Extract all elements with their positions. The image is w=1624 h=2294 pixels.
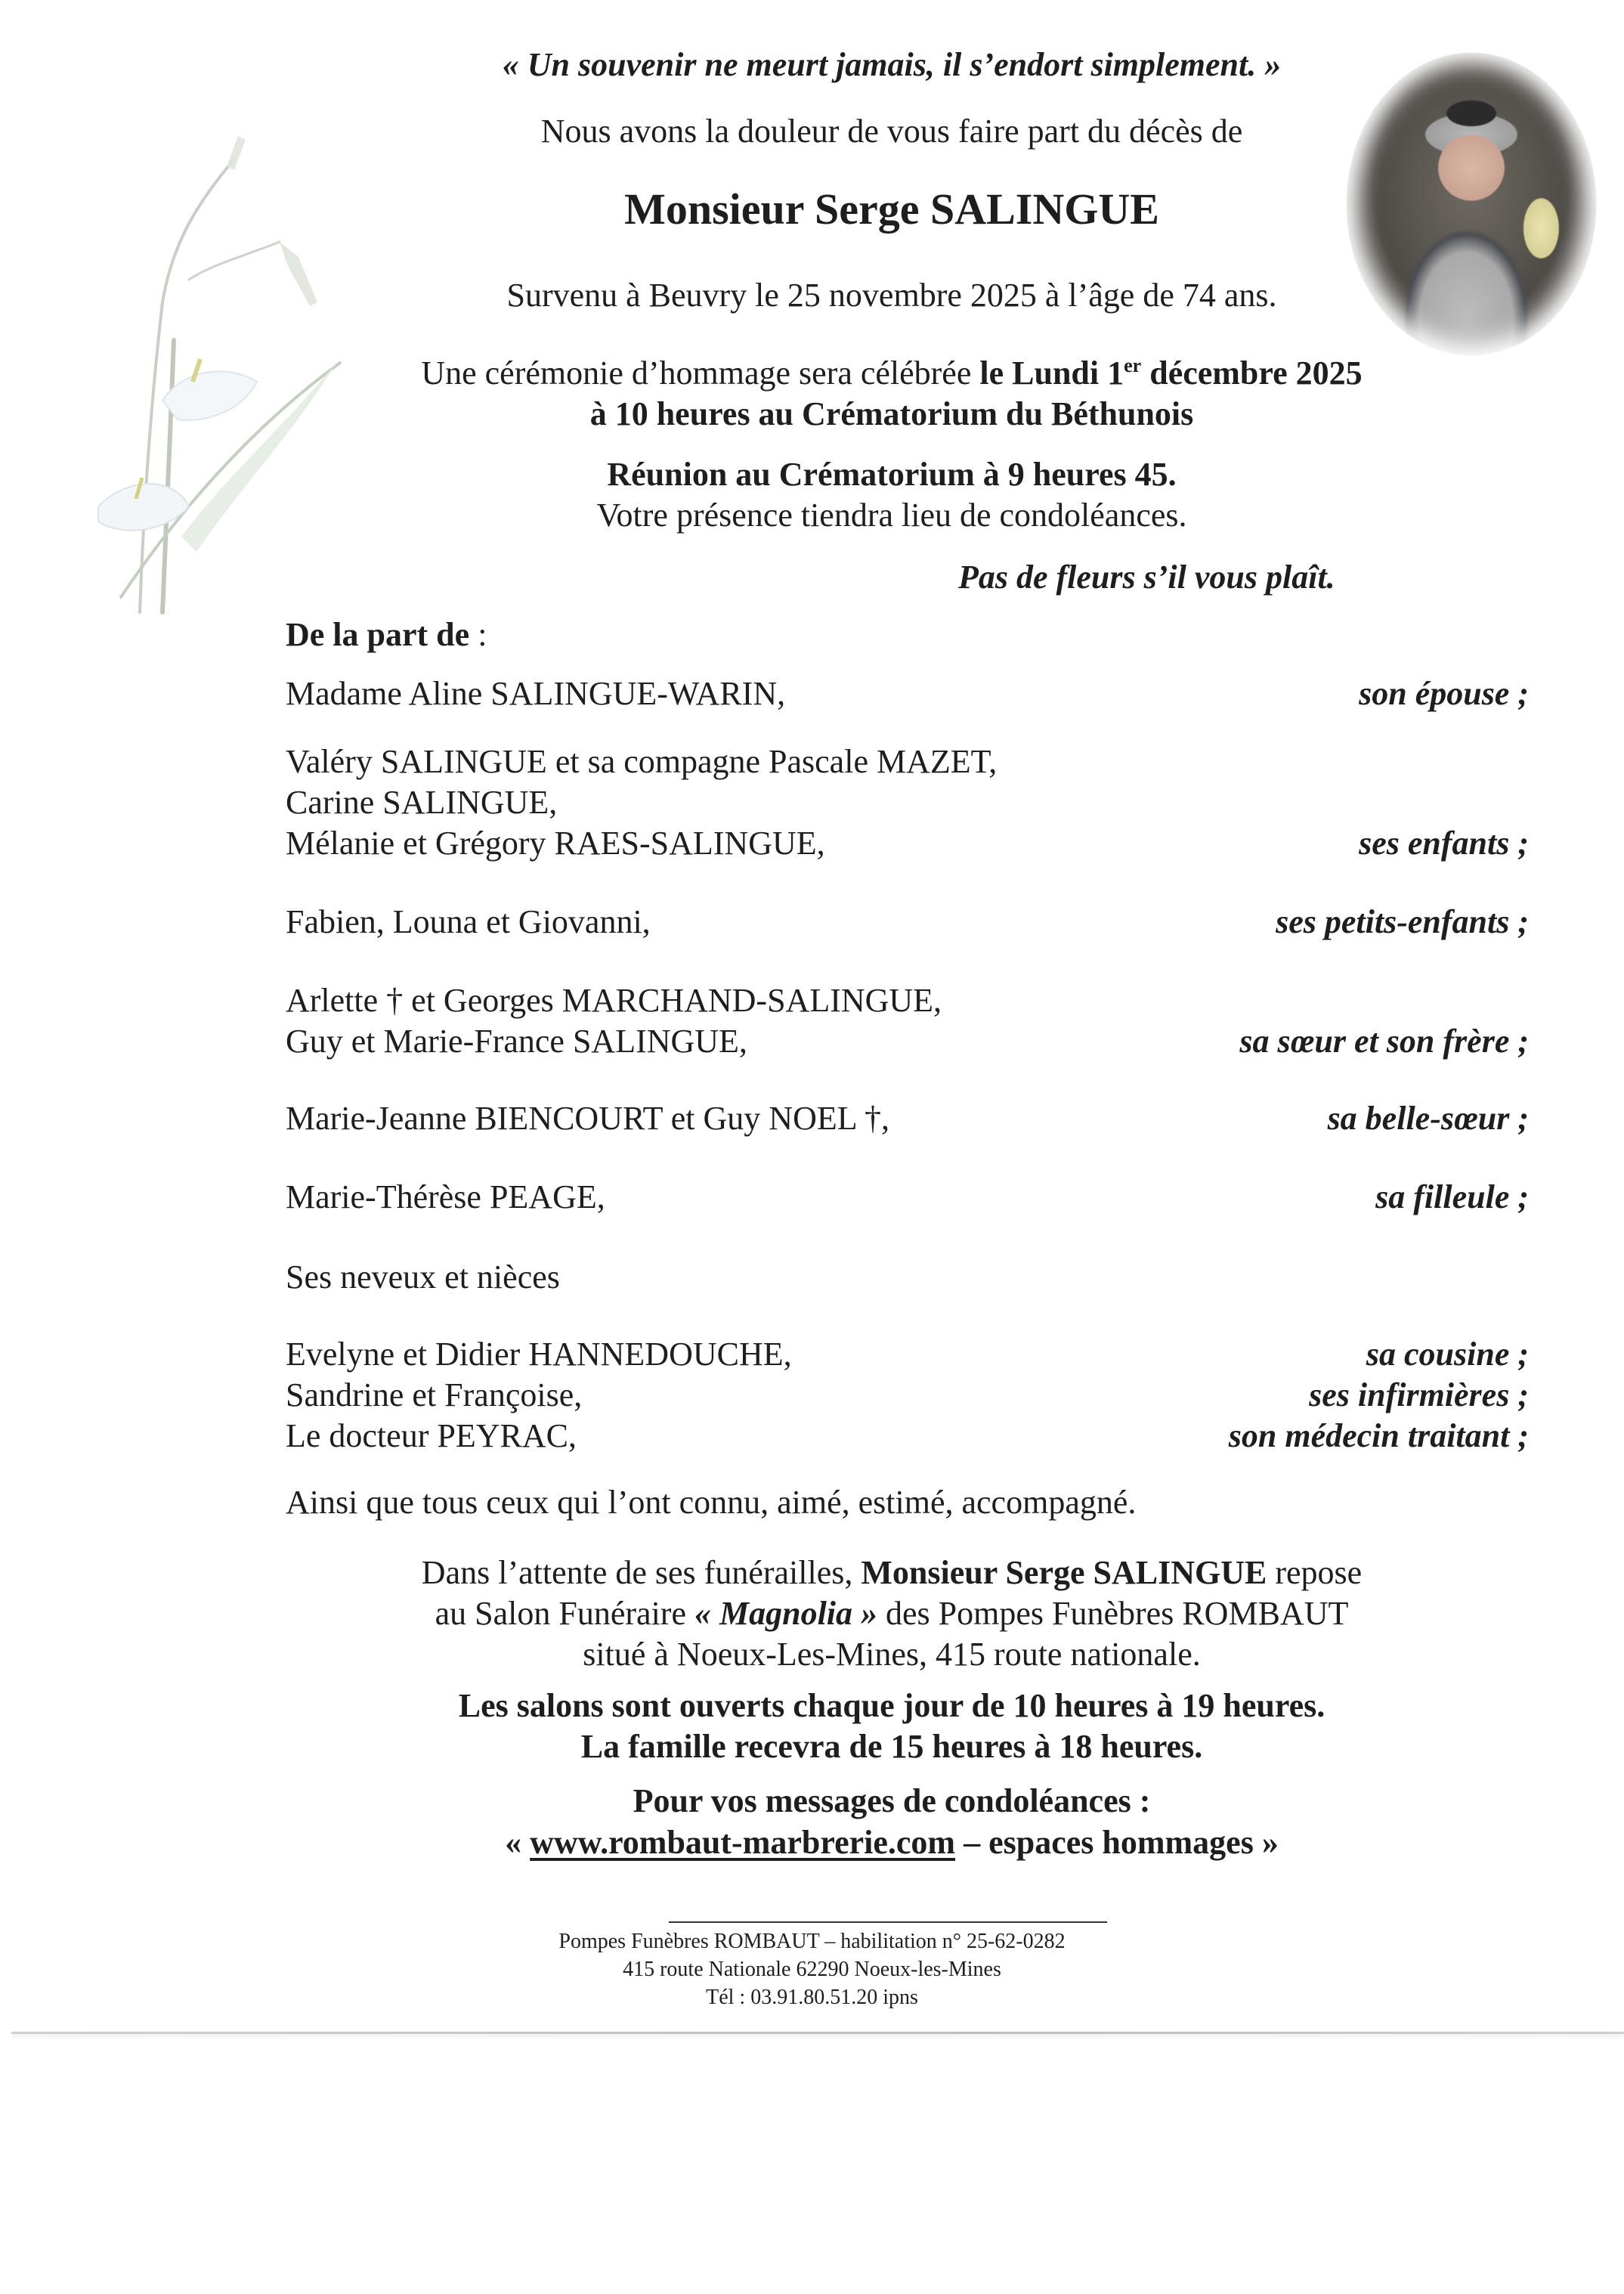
family-relation: ses petits-enfants ; (1276, 901, 1529, 943)
family-label-text: De la part de (286, 616, 469, 653)
ceremony-line-2: à 10 heures au Crématorium du Béthunois (378, 393, 1406, 435)
condolences-website-link[interactable]: www.rombaut-marbrerie.com (530, 1824, 955, 1861)
funeral-home-text: des Pompes Funèbres ROMBAUT (877, 1595, 1348, 1632)
family-row: Carine SALINGUE, (286, 782, 1529, 824)
funeral-home-line-2: au Salon Funéraire « Magnolia » des Pomp… (378, 1593, 1406, 1635)
deceased-name: Monsieur Serge SALINGUE (378, 183, 1406, 236)
death-info: Survenu à Beuvry le 25 novembre 2025 à l… (378, 274, 1406, 317)
family-row: Marie-Jeanne BIENCOURT et Guy NOEL †,sa … (286, 1097, 1529, 1140)
family-member-name: Guy et Marie-France SALINGUE, (286, 1020, 747, 1063)
family-row: Evelyne et Didier HANNEDOUCHE,sa cousine… (286, 1333, 1529, 1376)
family-row: Arlette † et Georges MARCHAND-SALINGUE, (286, 980, 1529, 1022)
family-member-name: Ses neveux et nièces (286, 1256, 560, 1299)
footer-phone: Tél : 03.91.80.51.20 ipns (0, 1985, 1624, 2011)
funeral-home-text: repose (1267, 1554, 1362, 1591)
salon-hours: Les salons sont ouverts chaque jour de 1… (378, 1685, 1406, 1727)
salon-name: « Magnolia » (694, 1595, 877, 1632)
ceremony-text: Une cérémonie d’hommage sera célébrée (421, 354, 979, 392)
family-hours: La famille recevra de 15 heures à 18 heu… (378, 1726, 1406, 1768)
family-row: Fabien, Louna et Giovanni,ses petits-enf… (286, 901, 1529, 943)
quote-mark: « (505, 1824, 530, 1861)
family-member-name: Evelyne et Didier HANNEDOUCHE, (286, 1333, 792, 1376)
family-member-name: Marie-Jeanne BIENCOURT et Guy NOEL †, (286, 1097, 889, 1140)
meeting-time: Réunion au Crématorium à 9 heures 45. (378, 454, 1406, 496)
condolences-note: Votre présence tiendra lieu de condoléan… (378, 494, 1406, 537)
online-suffix: – espaces hommages » (955, 1824, 1279, 1861)
online-condolences-line: « www.rombaut-marbrerie.com – espaces ho… (378, 1822, 1406, 1864)
funeral-home-deceased: Monsieur Serge SALINGUE (861, 1554, 1267, 1591)
funeral-home-text: Dans l’attente de ses funérailles, (422, 1554, 861, 1591)
intro-text: Nous avons la douleur de vous faire part… (378, 110, 1406, 153)
family-row: Le docteur PEYRAC,son médecin traitant ; (286, 1415, 1529, 1457)
family-relation: sa cousine ; (1366, 1333, 1529, 1376)
family-relation: son médecin traitant ; (1229, 1415, 1529, 1457)
online-condolences-title: Pour vos messages de condoléances : (378, 1780, 1406, 1822)
family-row: Marie-Thérèse PEAGE,sa filleule ; (286, 1176, 1529, 1218)
funeral-home-line-1: Dans l’attente de ses funérailles, Monsi… (378, 1552, 1406, 1594)
family-label-colon: : (469, 616, 487, 653)
closing-text: Ainsi que tous ceux qui l’ont connu, aim… (286, 1481, 1136, 1524)
ceremony-date-suffix: décembre 2025 (1141, 354, 1362, 392)
ceremony-line-1: Une cérémonie d’hommage sera célébrée le… (378, 352, 1406, 395)
family-member-name: Sandrine et Françoise, (286, 1374, 582, 1416)
family-member-name: Marie-Thérèse PEAGE, (286, 1176, 605, 1218)
family-member-name: Carine SALINGUE, (286, 782, 557, 824)
family-relation: ses infirmières ; (1309, 1374, 1529, 1416)
memorial-quote: « Un souvenir ne meurt jamais, il s’endo… (378, 44, 1406, 86)
funeral-home-text: au Salon Funéraire (435, 1595, 694, 1632)
family-member-name: Fabien, Louna et Giovanni, (286, 901, 651, 943)
family-row: Valéry SALINGUE et sa compagne Pascale M… (286, 741, 1529, 783)
scan-edge-divider (11, 2032, 1624, 2034)
ceremony-date-prefix: le Lundi 1 (979, 354, 1124, 392)
family-relation: son épouse ; (1359, 673, 1529, 715)
family-row: Ses neveux et nièces (286, 1256, 1529, 1299)
calla-lily-illustration-icon (30, 113, 348, 627)
family-row: Madame Aline SALINGUE-WARIN,son épouse ; (286, 673, 1529, 715)
family-row: Sandrine et Françoise,ses infirmières ; (286, 1374, 1529, 1416)
family-member-name: Arlette † et Georges MARCHAND-SALINGUE, (286, 980, 942, 1022)
family-member-name: Valéry SALINGUE et sa compagne Pascale M… (286, 741, 997, 783)
family-relation: sa belle-sœur ; (1328, 1097, 1529, 1140)
ceremony-date-sup: er (1124, 354, 1141, 376)
family-relation: sa filleule ; (1375, 1176, 1529, 1218)
family-member-name: Mélanie et Grégory RAES-SALINGUE, (286, 822, 825, 865)
family-row: Guy et Marie-France SALINGUE,sa sœur et … (286, 1020, 1529, 1063)
footer-company: Pompes Funèbres ROMBAUT – habilitation n… (0, 1929, 1624, 1955)
family-relation: ses enfants ; (1359, 822, 1529, 865)
family-member-name: Madame Aline SALINGUE-WARIN, (286, 673, 785, 715)
family-relation: sa sœur et son frère ; (1239, 1020, 1529, 1063)
footer-divider (669, 1921, 1107, 1923)
family-row: Mélanie et Grégory RAES-SALINGUE,ses enf… (286, 822, 1529, 865)
footer-address: 415 route Nationale 62290 Noeux-les-Mine… (0, 1957, 1624, 1983)
funeral-home-address: situé à Noeux-Les-Mines, 415 route natio… (378, 1633, 1406, 1676)
no-flowers-note: Pas de fleurs s’il vous plaît. (958, 556, 1335, 599)
family-label: De la part de : (286, 614, 487, 656)
family-member-name: Le docteur PEYRAC, (286, 1415, 577, 1457)
